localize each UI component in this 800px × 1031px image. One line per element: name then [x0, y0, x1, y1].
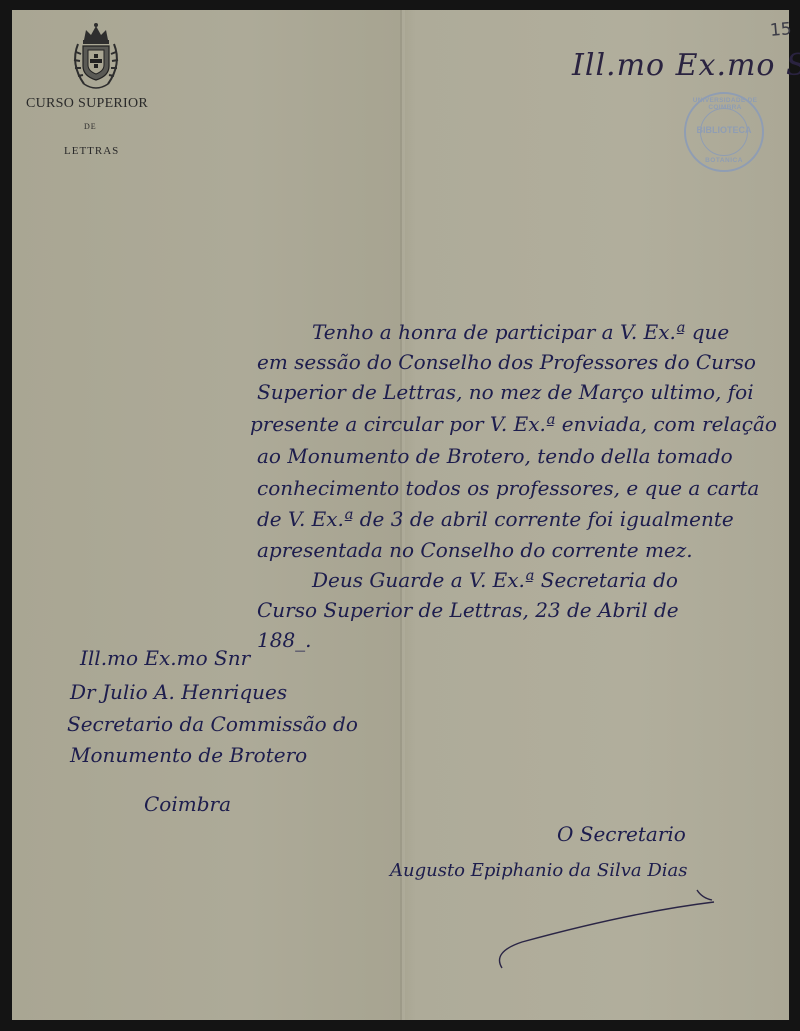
letterhead-lettras: LETTRAS — [64, 145, 119, 157]
body-line: apresentada no Conselho do corrente mez. — [257, 538, 693, 562]
body-line: Tenho a honra de participar a V. Ex.ª qu… — [312, 320, 729, 344]
body-line: Deus Guarde a V. Ex.ª Secretaria do — [312, 568, 678, 592]
addressee-honorific: Ill.mo Ex.mo Snr — [80, 646, 250, 670]
body-line: presente a circular por V. Ex.ª enviada,… — [250, 412, 777, 436]
page-number: 15 — [769, 19, 792, 41]
letterhead-de: DE — [84, 122, 97, 131]
body-line: 188_. — [257, 628, 312, 652]
library-stamp: UNIVERSIDADE DE COIMBRA BIBLIOTECA BOTAN… — [684, 92, 764, 172]
body-line: em sessão do Conselho dos Professores do… — [257, 350, 756, 374]
letterhead-title: CURSO SUPERIOR — [26, 96, 148, 112]
signature-flourish — [492, 872, 732, 972]
signature-title: O Secretario — [557, 822, 686, 846]
stamp-bottom-text: BOTANICA — [686, 157, 762, 164]
addressee-city: Coimbra — [144, 792, 231, 816]
addressee-title: Secretario da Commissão do — [67, 712, 358, 736]
stamp-top-text: UNIVERSIDADE DE COIMBRA — [692, 97, 758, 111]
body-line: Superior de Lettras, no mez de Março ult… — [257, 380, 754, 404]
body-line: de V. Ex.ª de 3 de abril corrente foi ig… — [257, 507, 734, 531]
addressee-commission: Monumento de Brotero — [70, 743, 307, 767]
body-line: ao Monumento de Brotero, tendo della tom… — [257, 444, 733, 468]
body-line: Curso Superior de Lettras, 23 de Abril d… — [257, 598, 679, 622]
stamp-center-text: BIBLIOTECA — [686, 125, 762, 135]
body-line: conhecimento todos os professores, e que… — [257, 476, 759, 500]
addressee-name: Dr Julio A. Henriques — [70, 680, 287, 704]
letter-page: CURSO SUPERIOR DE LETTRAS 15 Ill.mo Ex.m… — [12, 10, 789, 1020]
salutation: Ill.mo Ex.mo Snr — [572, 48, 800, 83]
royal-coat-of-arms-icon — [66, 22, 126, 98]
